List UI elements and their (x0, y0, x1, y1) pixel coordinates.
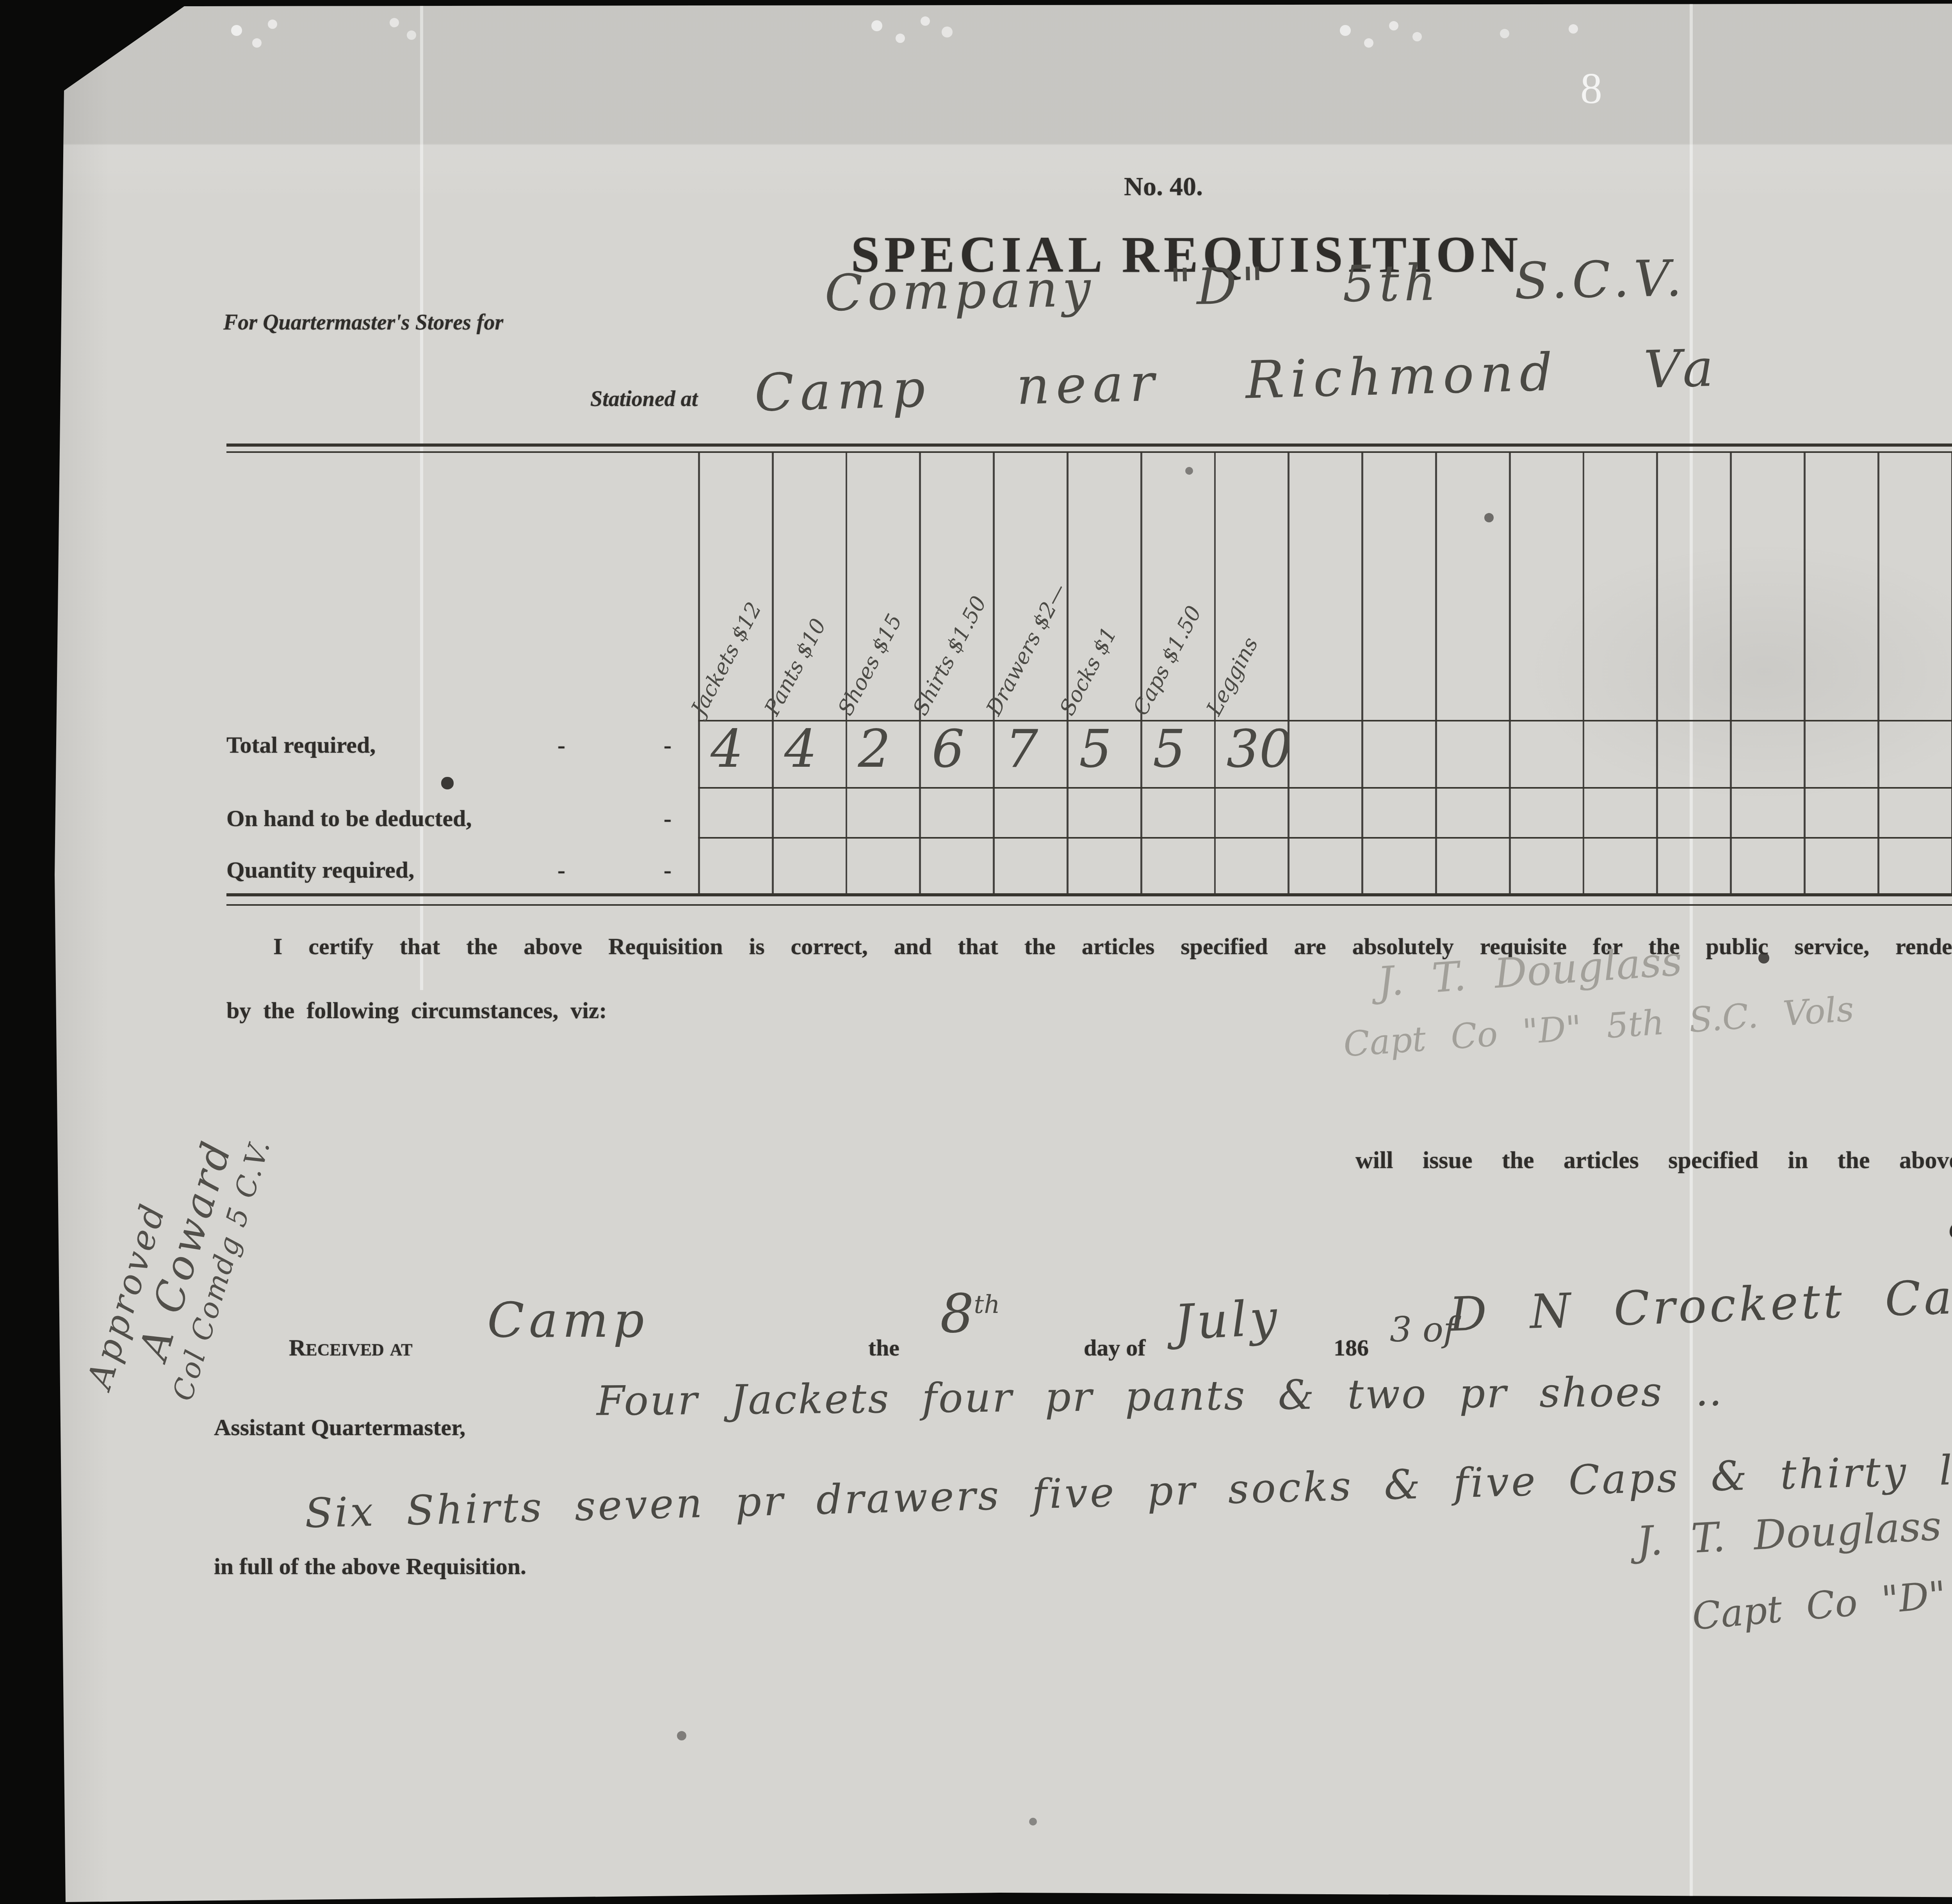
receipt-signature: J. T. Douglass (1635, 1504, 1943, 1567)
approval-endorsement: Approved A Coward Col Comdg 5 C.V. (81, 1110, 278, 1417)
table-cell-value: 4 (784, 718, 817, 779)
scan-background: 8 No. 40. SPECIAL REQUISITION For Quarte… (0, 0, 1952, 1904)
table-cell-value: 30 (1227, 718, 1292, 779)
table-cell-value: 6 (931, 718, 964, 779)
dash-mark: - (557, 734, 565, 761)
table-rule-row2 (698, 837, 1952, 839)
received-at-label: Received at (289, 1337, 413, 1363)
dash-mark: - (664, 807, 671, 834)
will-issue-statement: will issue the articles specified in the… (1355, 1148, 1952, 1176)
table-cell-value: 5 (1079, 718, 1112, 779)
row-label-quantity-required: Quantity required, (226, 859, 414, 885)
dash-mark: - (664, 734, 671, 761)
year-printed-label: 186 (1334, 1337, 1369, 1363)
received-items-line1: Four Jackets four pr pants & two pr shoe… (597, 1369, 1724, 1426)
day-of-label: day of (1084, 1337, 1145, 1363)
commanding-label: Commanding. (1949, 1218, 1952, 1246)
day-suffix: th (974, 1290, 1000, 1319)
received-day-value: 8th (940, 1284, 1000, 1346)
table-cell-value: 2 (858, 718, 891, 779)
row-label-total-required: Total required, (226, 734, 376, 761)
table-rule-bottom-heavy (226, 893, 1952, 897)
table-column-grid (698, 453, 1952, 896)
scan-artifact-mark: 8 (1580, 66, 1602, 116)
paper-specks (0, 0, 5, 5)
certify-statement-line1: I certify that the above Requisition is … (273, 935, 1952, 962)
table-rule-row1 (698, 787, 1952, 789)
scan-scale-wrapper: 8 No. 40. SPECIAL REQUISITION For Quarte… (0, 0, 1952, 1904)
form-number: No. 40. (1093, 172, 1234, 203)
received-month-value: July (1173, 1290, 1281, 1352)
table-rule-top-heavy (226, 443, 1952, 447)
requisition-form-page: 8 No. 40. SPECIAL REQUISITION For Quarte… (0, 0, 1952, 1904)
stationed-at-label: Stationed at (590, 389, 698, 414)
received-place-value: Camp (487, 1293, 649, 1349)
table-cell-value: 5 (1153, 718, 1186, 779)
row-label-on-hand: On hand to be deducted, (226, 807, 472, 834)
table-cell-value: 7 (1005, 718, 1038, 779)
the-label: the (868, 1337, 899, 1363)
stores-for-label: For Quartermaster's Stores for (223, 312, 503, 337)
in-full-label: in full of the above Requisition. (214, 1555, 526, 1582)
issuer-name-value: D N Crockett Capt & (1448, 1266, 1952, 1343)
station-field-value: Camp near Richmond Va (753, 337, 1720, 424)
table-rule-bottom-thin (226, 904, 1952, 906)
assistant-quartermaster-label: Assistant Quartermaster, (214, 1416, 465, 1443)
certify-statement-line2: by the following circumstances, viz: (226, 999, 607, 1026)
fold-crease-left (420, 0, 423, 990)
day-number: 8 (940, 1284, 974, 1346)
year-handwritten-value: 3 of (1390, 1312, 1456, 1351)
table-cell-value: 4 (711, 718, 743, 779)
ink-spots (0, 0, 5, 5)
dash-mark: - (664, 859, 671, 885)
dash-mark: - (557, 859, 565, 885)
